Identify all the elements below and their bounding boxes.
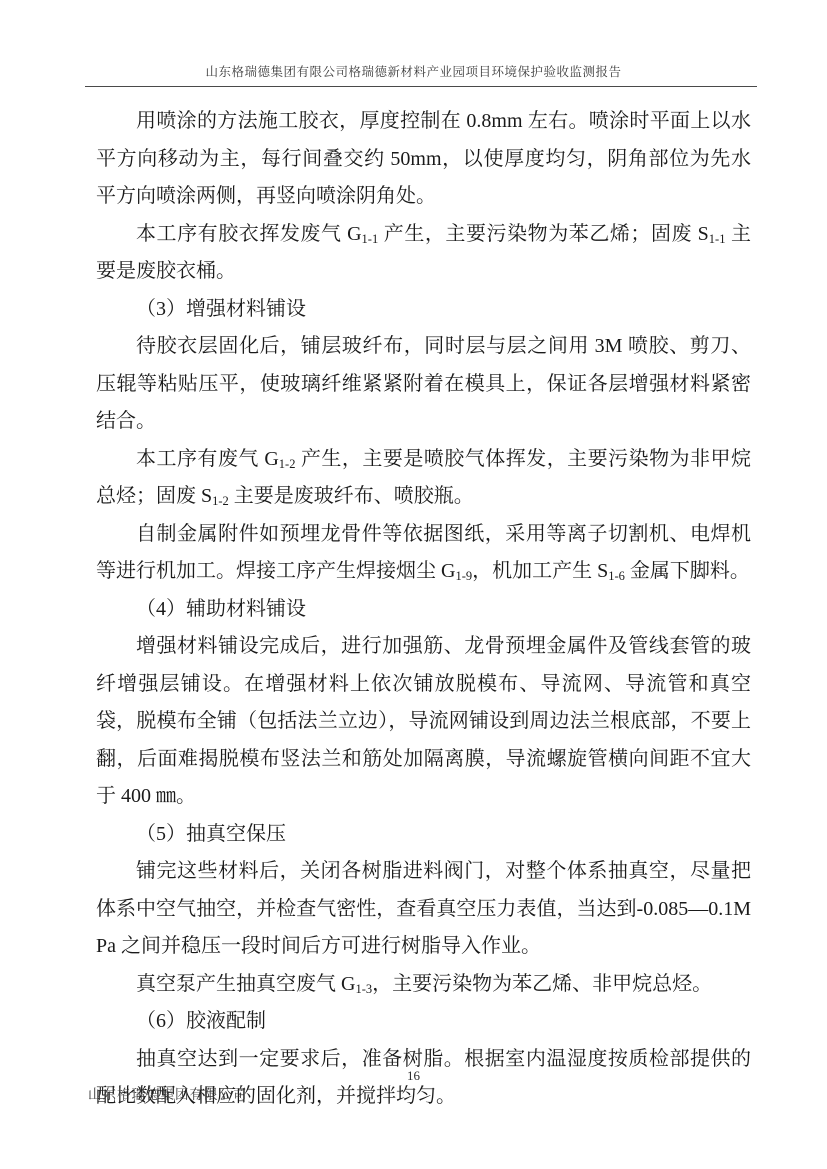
- paragraph: 本工序有废气 G1-2 产生，主要是喷胶气体挥发，主要污染物为非甲烷总烃；固废 …: [96, 441, 751, 516]
- paragraph: （5）抽真空保压: [96, 816, 751, 854]
- subscript-label: 1-2: [212, 494, 229, 508]
- subscript-label: 1-2: [279, 457, 296, 471]
- subscript-label: 1-1: [709, 232, 726, 246]
- subscript-label: 1-1: [362, 232, 379, 246]
- paragraph: 用喷涂的方法施工胶衣，厚度控制在 0.8mm 左右。喷涂时平面上以水平方向移动为…: [96, 103, 751, 216]
- paragraph: 自制金属附件如预埋龙骨件等依据图纸，采用等离子切割机、电焊机等进行机加工。焊接工…: [96, 516, 751, 591]
- subscript-label: 1-3: [355, 982, 372, 996]
- page-number: 16: [0, 1068, 827, 1084]
- header-rule: [85, 86, 757, 87]
- page-header-title: 山东格瑞德集团有限公司格瑞德新材料产业园项目环境保护验收监测报告: [0, 62, 827, 80]
- paragraph: （4）辅助材料铺设: [96, 591, 751, 629]
- subscript-label: 1-9: [455, 569, 472, 583]
- footer-company: 山东格瑞德集团有限公司: [88, 1083, 248, 1103]
- paragraph: （3）增强材料铺设: [96, 291, 751, 329]
- subscript-label: 1-6: [608, 569, 625, 583]
- paragraph: 本工序有胶衣挥发废气 G1-1 产生，主要污染物为苯乙烯；固废 S1-1 主要是…: [96, 216, 751, 291]
- paragraph: 铺完这些材料后，关闭各树脂进料阀门，对整个体系抽真空，尽量把体系中空气抽空，并检…: [96, 853, 751, 966]
- document-body: 用喷涂的方法施工胶衣，厚度控制在 0.8mm 左右。喷涂时平面上以水平方向移动为…: [96, 103, 751, 1116]
- paragraph: 增强材料铺设完成后，进行加强筋、龙骨预埋金属件及管线套管的玻纤增强层铺设。在增强…: [96, 628, 751, 816]
- document-page: 山东格瑞德集团有限公司格瑞德新材料产业园项目环境保护验收监测报告 用喷涂的方法施…: [0, 0, 827, 1169]
- paragraph: （6）胶液配制: [96, 1003, 751, 1041]
- paragraph: 真空泵产生抽真空废气 G1-3，主要污染物为苯乙烯、非甲烷总烃。: [96, 966, 751, 1004]
- paragraph: 待胶衣层固化后，铺层玻纤布，同时层与层之间用 3M 喷胶、剪刀、压辊等粘贴压平，…: [96, 328, 751, 441]
